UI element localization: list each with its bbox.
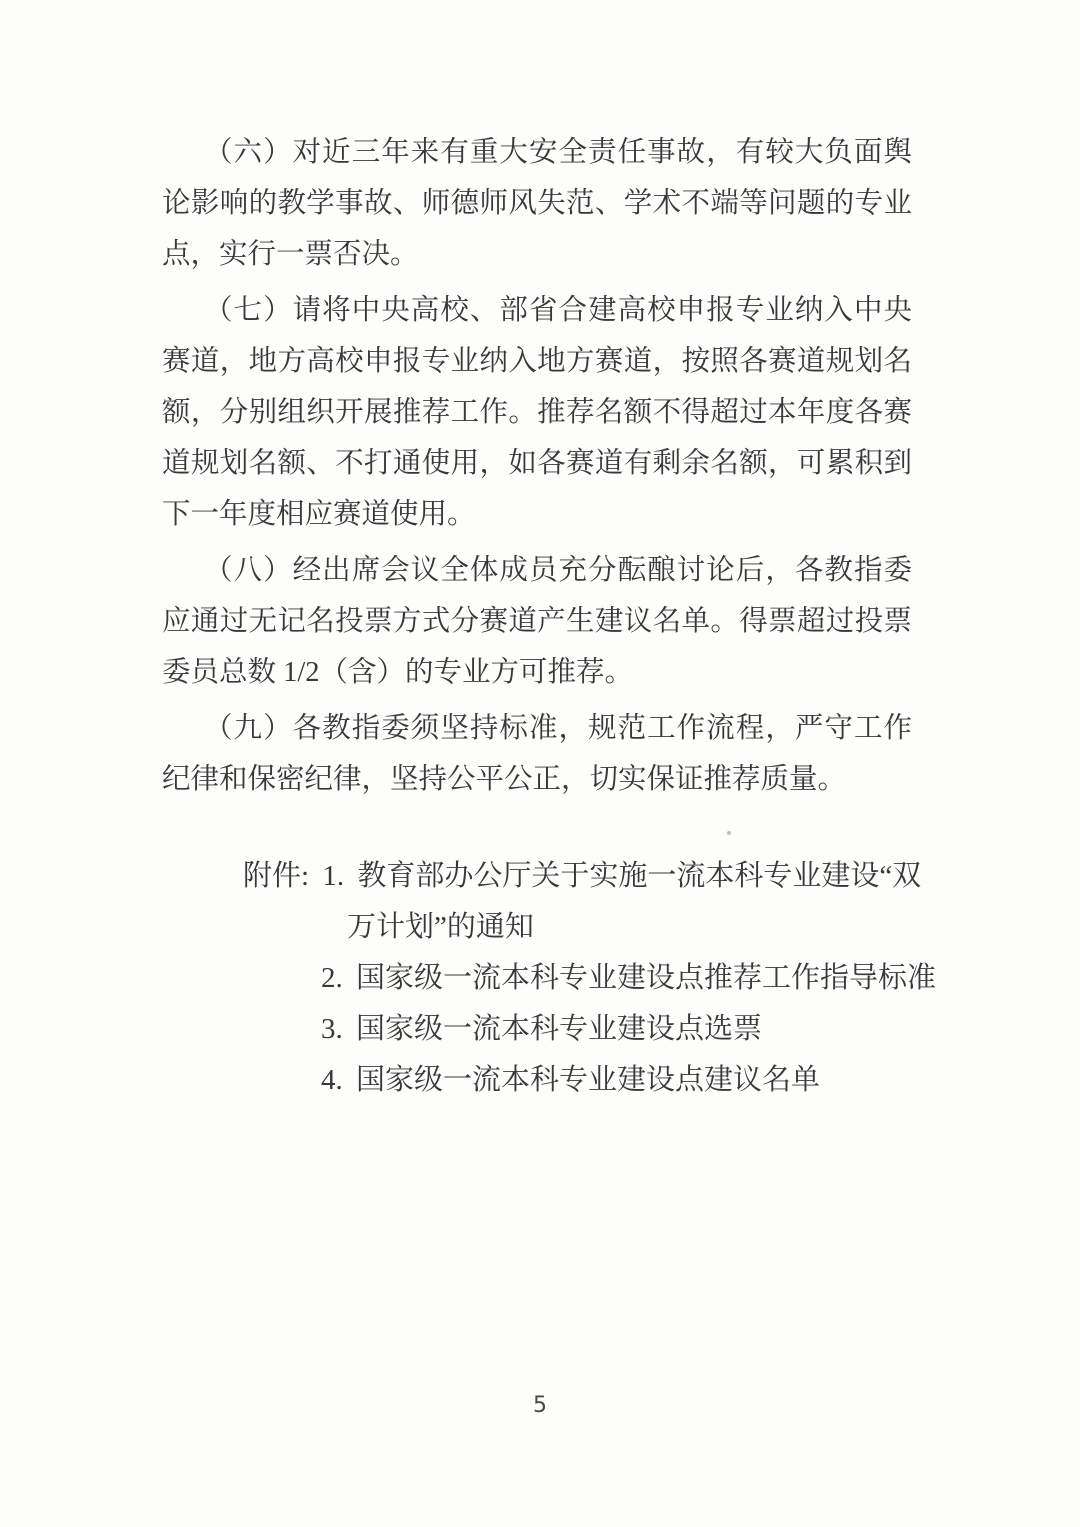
paragraph-item-7: （七）请将中央高校、部省合建高校申报专业纳入中央 赛道，地方高校申报专业纳入地方… bbox=[162, 285, 912, 540]
attachment-item-text: 教育部办公厅关于实施一流本科专业建设“双 bbox=[357, 860, 921, 892]
attachment-item-text: 国家级一流本科专业建设点选票 bbox=[356, 1013, 762, 1045]
text-line: （九）各教指委须坚持标准，规范工作流程，严守工作 bbox=[162, 703, 912, 754]
attachment-item-text: 国家级一流本科专业建设点推荐工作指导标准 bbox=[356, 962, 936, 994]
paragraph-item-9: （九）各教指委须坚持标准，规范工作流程，严守工作 纪律和保密纪律，坚持公平公正，… bbox=[162, 703, 912, 805]
text-line: 赛道，地方高校申报专业纳入地方赛道，按照各赛道规划名 bbox=[162, 336, 912, 387]
text-line: 纪律和保密纪律，坚持公平公正，切实保证推荐质量。 bbox=[162, 754, 912, 805]
text-line: 委员总数 1/2（含）的专业方可推荐。 bbox=[162, 647, 912, 698]
attachment-item-number: 3. bbox=[321, 1004, 343, 1055]
attachment-item-1-continued: 万计划”的通知 bbox=[162, 902, 1022, 953]
attachment-item-number: 2. bbox=[321, 953, 343, 1004]
attachment-item-number: 1. bbox=[322, 851, 344, 902]
text-line: （七）请将中央高校、部省合建高校申报专业纳入中央 bbox=[162, 285, 912, 336]
attachment-item-3: 3. 国家级一流本科专业建设点选票 bbox=[162, 1004, 1022, 1055]
text-line: 下一年度相应赛道使用。 bbox=[162, 489, 912, 540]
text-line: 应通过无记名投票方式分赛道产生建议名单。得票超过投票 bbox=[162, 596, 912, 647]
text-line: 道规划名额、不打通使用，如各赛道有剩余名额，可累积到 bbox=[162, 438, 912, 489]
text-line: 论影响的教学事故、师德师风失范、学术不端等问题的专业 bbox=[162, 178, 912, 229]
scan-artifact-dot bbox=[727, 831, 731, 835]
attachment-item-text: 万计划”的通知 bbox=[347, 911, 534, 943]
attachment-item-4: 4. 国家级一流本科专业建设点建议名单 bbox=[162, 1055, 1022, 1106]
document-page: （六）对近三年来有重大安全责任事故，有较大负面舆 论影响的教学事故、师德师风失范… bbox=[0, 0, 1080, 1527]
text-line: 额，分别组织开展推荐工作。推荐名额不得超过本年度各赛 bbox=[162, 387, 912, 438]
document-body: （六）对近三年来有重大安全责任事故，有较大负面舆 论影响的教学事故、师德师风失范… bbox=[162, 127, 912, 810]
paragraph-item-6: （六）对近三年来有重大安全责任事故，有较大负面舆 论影响的教学事故、师德师风失范… bbox=[162, 127, 912, 280]
attachment-list: 附件: 1. 教育部办公厅关于实施一流本科专业建设“双 万计划”的通知 2. 国… bbox=[162, 851, 1022, 1106]
attachment-item-number: 4. bbox=[321, 1055, 343, 1106]
page-number: 5 bbox=[0, 1392, 1080, 1420]
attachment-item-1: 附件: 1. 教育部办公厅关于实施一流本科专业建设“双 bbox=[162, 851, 1022, 902]
attachment-item-text: 国家级一流本科专业建设点建议名单 bbox=[356, 1064, 820, 1096]
attachment-label: 附件: bbox=[243, 851, 309, 902]
text-line: 点，实行一票否决。 bbox=[162, 229, 912, 280]
paragraph-item-8: （八）经出席会议全体成员充分酝酿讨论后，各教指委 应通过无记名投票方式分赛道产生… bbox=[162, 545, 912, 698]
text-line: （八）经出席会议全体成员充分酝酿讨论后，各教指委 bbox=[162, 545, 912, 596]
attachment-item-2: 2. 国家级一流本科专业建设点推荐工作指导标准 bbox=[162, 953, 1022, 1004]
text-line: （六）对近三年来有重大安全责任事故，有较大负面舆 bbox=[162, 127, 912, 178]
